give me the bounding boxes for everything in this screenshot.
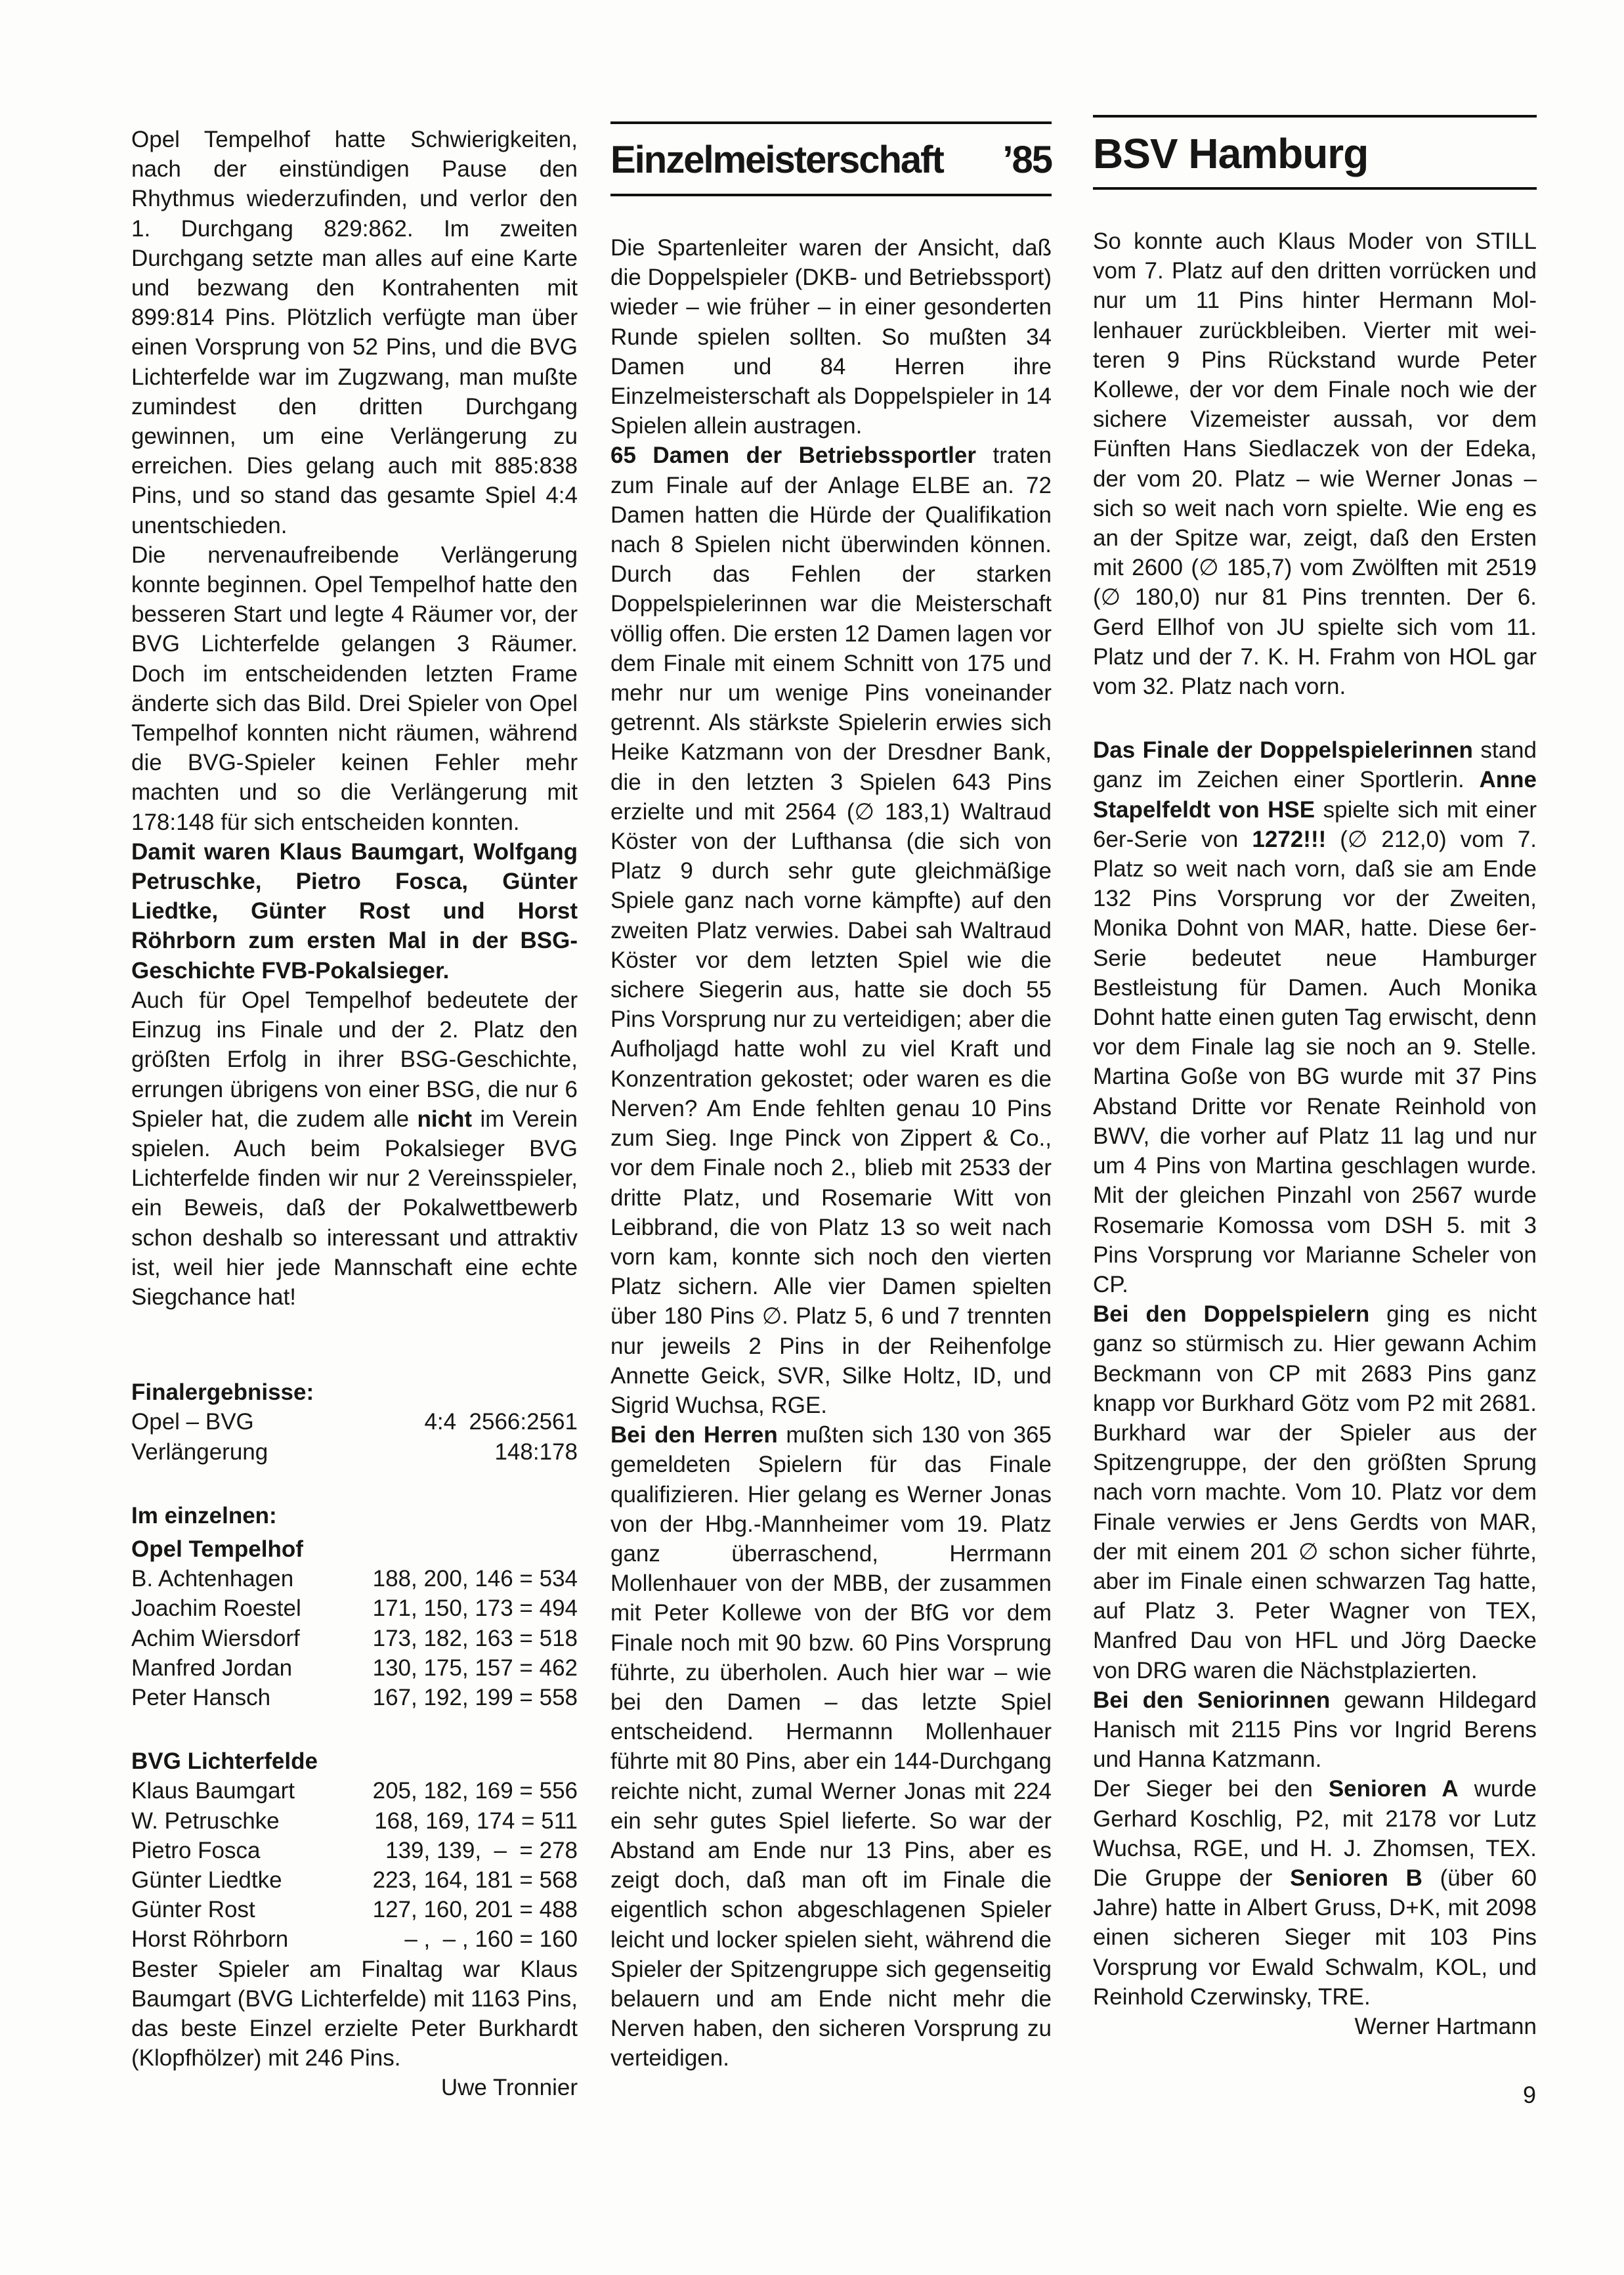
player-name: W. Petruschke [131,1806,280,1836]
details-title: Im einzelnen: [131,1501,578,1530]
emphasis: 1272!!! [1252,827,1326,852]
text: (∅ 212,0) vom 7. Platz so weit nach vorn… [1093,827,1537,1297]
player-row: Achim Wiersdorf173, 182, 163 = 518 [131,1624,578,1653]
result-row: Verlängerung 148:178 [131,1437,578,1467]
player-row: Peter Hansch167, 192, 199 = 558 [131,1683,578,1712]
team-name: BVG Lichterfelde [131,1746,578,1776]
player-scores: 127, 160, 201 = 488 [373,1895,578,1924]
player-row: W. Petruschke168, 169, 174 = 511 [131,1806,578,1836]
emphasis: nicht [417,1106,472,1132]
heading-rule-top [610,121,1052,124]
result-label: Verlängerung [131,1437,268,1467]
lead-in: 65 Damen der Betriebssportler [610,443,976,468]
player-scores: 130, 175, 157 = 462 [373,1653,578,1683]
paragraph: Das Finale der Doppelspielerinnen stand … [1093,735,1537,1299]
player-name: Achim Wiersdorf [131,1624,300,1653]
player-name: Manfred Jordan [131,1653,292,1683]
player-name: Horst Röhrborn [131,1924,288,1954]
author-signature: Uwe Tronnier [131,2073,578,2102]
team-name: Opel Tempelhof [131,1534,578,1564]
player-scores: 205, 182, 169 = 556 [373,1776,578,1806]
result-row: Opel – BVG 4:4 2566:2561 [131,1407,578,1437]
paragraph: Der Sieger bei den Senioren A wurde Gerh… [1093,1774,1537,2012]
team-table: Opel Tempelhof B. Achtenhagen188, 200, 1… [131,1534,578,1712]
player-name: B. Achtenhagen [131,1564,293,1593]
paragraph: Auch für Opel Tempelhof bedeutete der Ei… [131,986,578,1312]
paragraph: 65 Damen der Betriebssportler traten zum… [610,441,1052,1420]
player-name: Günter Rost [131,1895,255,1924]
paragraph: Bei den Doppelspielern ging es nicht gan… [1093,1299,1537,1685]
text: mußten sich 130 von 365 gemeldeten Spiel… [610,1422,1052,2071]
paragraph: So konnte auch Klaus Moder von STILL vom… [1093,227,1537,701]
text: traten zum Finale auf der Anlage ELBE an… [610,443,1052,1418]
player-name: Peter Hansch [131,1683,270,1712]
player-scores: 171, 150, 173 = 494 [373,1593,578,1623]
player-name: Klaus Baumgart [131,1776,295,1806]
final-results-title: Finalergebnisse: [131,1377,578,1407]
player-row: B. Achtenhagen188, 200, 146 = 534 [131,1564,578,1593]
section-heading: Einzelmeisterschaft ’85 [610,136,1052,184]
page-number: 9 [1523,2081,1536,2109]
emphasis: Senioren A [1329,1776,1459,1802]
player-name: Joachim Roestel [131,1593,301,1623]
heading-rule-bottom [1093,187,1537,190]
lead-in: Das Finale der Doppelspielerinnen [1093,737,1473,763]
final-results: Finalergebnisse: Opel – BVG 4:4 2566:256… [131,1377,578,1467]
player-name: Pietro Fosca [131,1836,260,1865]
player-row: Horst Röhrborn – , – , 160 = 160 [131,1924,578,1954]
result-label: Opel – BVG [131,1407,254,1437]
text: ging es nicht ganz so stürmisch zu. Hier… [1093,1301,1537,1683]
closing-paragraph: Bester Spieler am Finaltag war Klaus Bau… [131,1955,578,2073]
lead-in: Bei den Seniorinnen [1093,1687,1330,1713]
lead-in: Bei den Doppelspielern [1093,1301,1369,1327]
player-row: Pietro Fosca139, 139, – = 278 [131,1836,578,1865]
player-row: Günter Liedtke223, 164, 181 = 568 [131,1865,578,1895]
player-scores: 173, 182, 163 = 518 [373,1624,578,1653]
player-scores: 167, 192, 199 = 558 [373,1683,578,1712]
middle-column: Einzelmeisterschaft ’85 Die Spartenleite… [610,121,1052,2073]
text: im Verein spielen. Auch beim Pokalsie­ge… [131,1106,578,1310]
left-column: Opel Tempelhof hatte Schwierigkeiten, na… [131,125,578,2103]
player-scores: 139, 139, – = 278 [385,1836,578,1865]
right-column: BSV Hamburg So konnte auch Klaus Moder v… [1093,115,1537,2041]
player-row: Günter Rost127, 160, 201 = 488 [131,1895,578,1924]
text: Der Sieger bei den [1093,1776,1329,1802]
author-signature: Werner Hartmann [1093,2012,1537,2041]
paragraph: Bei den Seniorinnen gewann Hildegard Han… [1093,1685,1537,1775]
heading-rule-top [1093,115,1537,118]
paragraph: Die Spartenleiter waren der Ansicht, daß… [610,233,1052,441]
result-value: 148:178 [494,1437,578,1467]
result-value: 4:4 2566:2561 [424,1407,578,1437]
lead-in: Bei den Herren [610,1422,778,1448]
heading-year: ’85 [1002,136,1052,184]
player-row: Manfred Jordan130, 175, 157 = 462 [131,1653,578,1683]
paragraph: Bei den Herren mußten sich 130 von 365 g… [610,1420,1052,2073]
team-table: BVG Lichterfelde Klaus Baumgart205, 182,… [131,1746,578,1954]
player-name: Günter Liedtke [131,1865,282,1895]
section-heading: BSV Hamburg [1093,129,1537,178]
player-scores: 188, 200, 146 = 534 [373,1564,578,1593]
paragraph: Die nervenaufreibende Verlängerung konnt… [131,540,578,837]
emphasis: Senioren B [1290,1865,1422,1891]
player-row: Klaus Baumgart205, 182, 169 = 556 [131,1776,578,1806]
heading-text: Einzelmeisterschaft [610,136,943,184]
player-scores: 223, 164, 181 = 568 [373,1865,578,1895]
player-scores: 168, 169, 174 = 511 [374,1806,578,1836]
player-scores: – , – , 160 = 160 [398,1924,578,1954]
heading-rule-bottom [610,194,1052,196]
player-row: Joachim Roestel171, 150, 173 = 494 [131,1593,578,1623]
paragraph-bold: Damit waren Klaus Baumgart, Wolf­gang Pe… [131,837,578,986]
paragraph: Opel Tempelhof hatte Schwierigkeiten, na… [131,125,578,540]
